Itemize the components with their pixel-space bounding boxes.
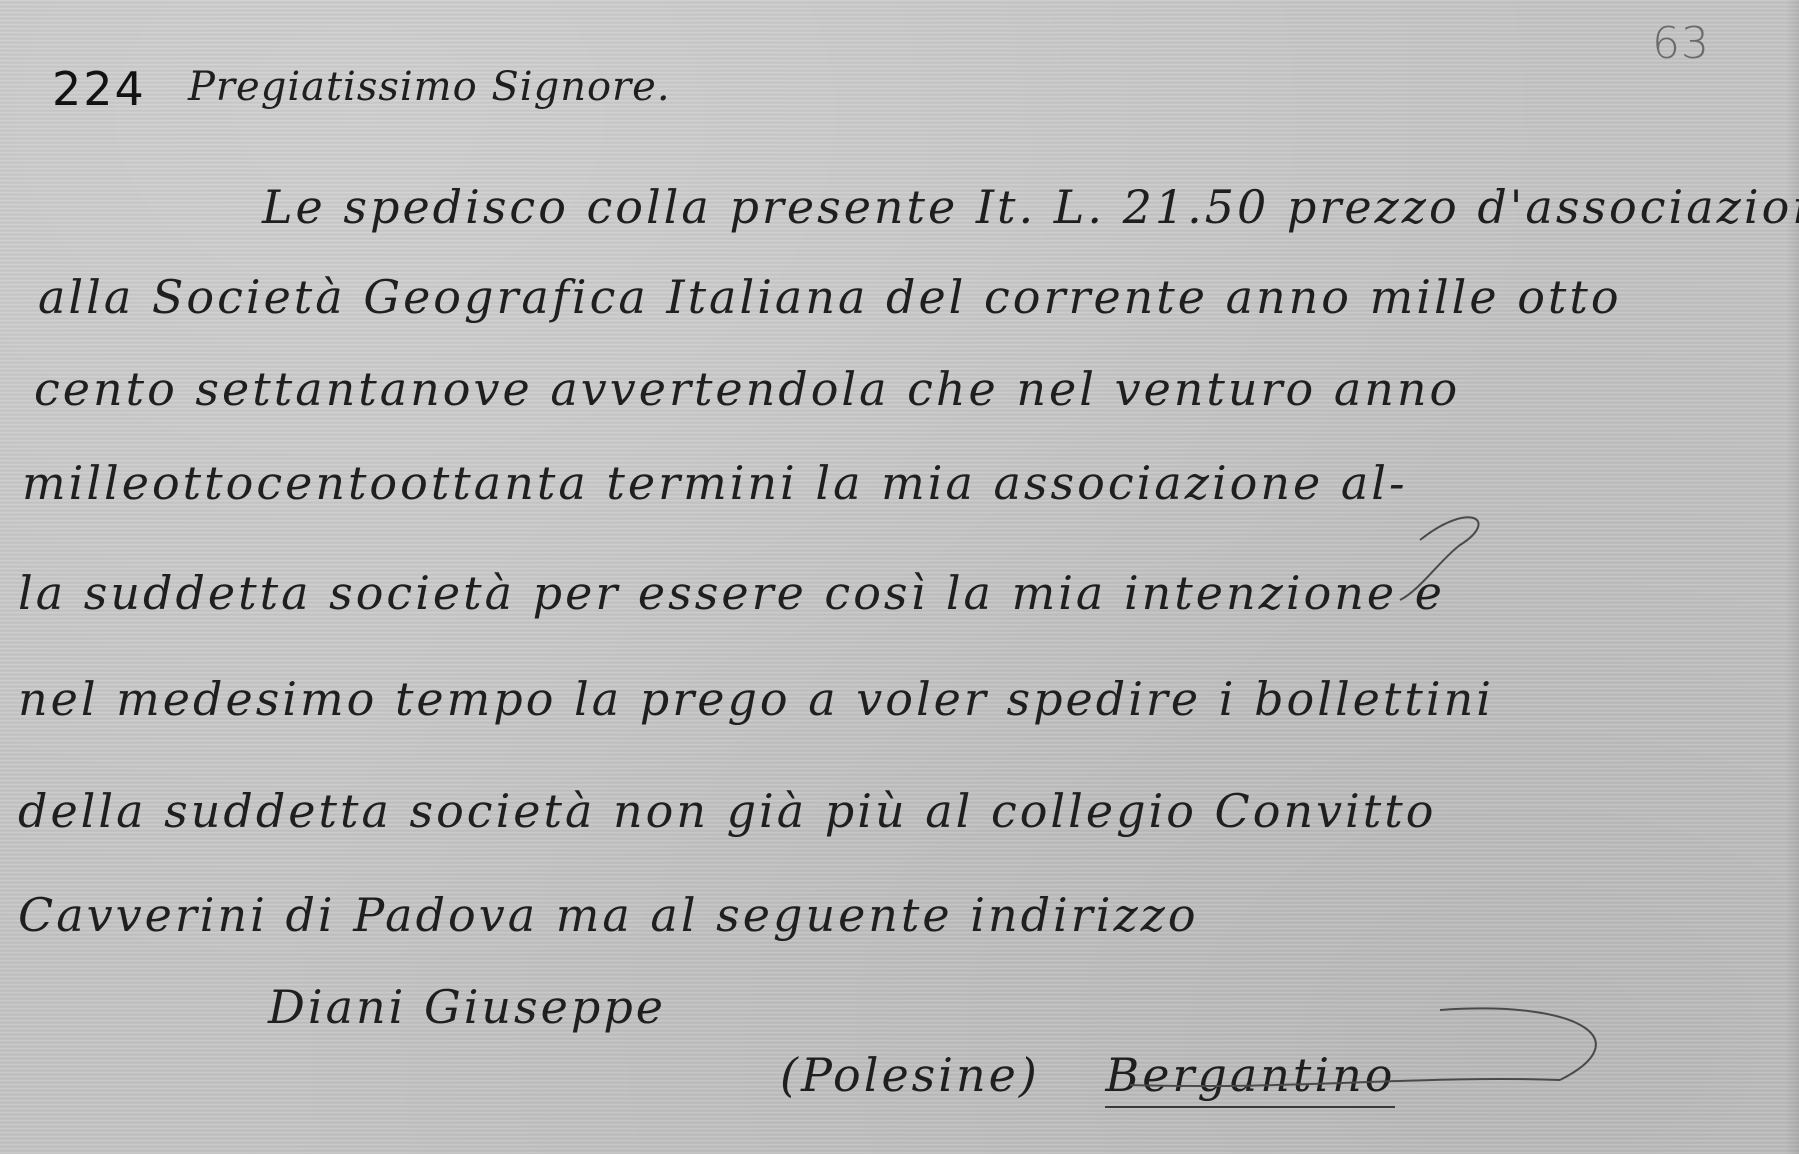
body-line: nel medesimo tempo la prego a voler sped… (18, 672, 1494, 726)
body-line: della suddetta società non già più al co… (18, 784, 1436, 838)
signature-town: Bergantino (1105, 1048, 1395, 1108)
page-number: 63 (1652, 18, 1710, 69)
body-line: Le spedisco colla presente It. L. 21.50 … (262, 180, 1799, 234)
reference-number: 224 (52, 62, 146, 116)
body-line: milleottocentoottanta termini la mia ass… (22, 456, 1408, 510)
signature-region: (Polesine) (780, 1048, 1040, 1102)
body-line: alla Società Geografica Italiana del cor… (38, 270, 1622, 324)
signature-address: (Polesine) Bergantino (780, 1048, 1395, 1108)
body-line: la suddetta società per essere così la m… (18, 566, 1445, 620)
page-edge-shadow (1785, 0, 1799, 1154)
letter-page: 224 63 Pregiatissimo Signore. Le spedisc… (0, 0, 1799, 1154)
body-line: Cavverini di Padova ma al seguente indir… (18, 888, 1199, 942)
body-line: cento settantanove avvertendola che nel … (34, 362, 1460, 416)
signature-name: Diani Giuseppe (268, 980, 666, 1034)
salutation: Pregiatissimo Signore. (188, 64, 671, 110)
